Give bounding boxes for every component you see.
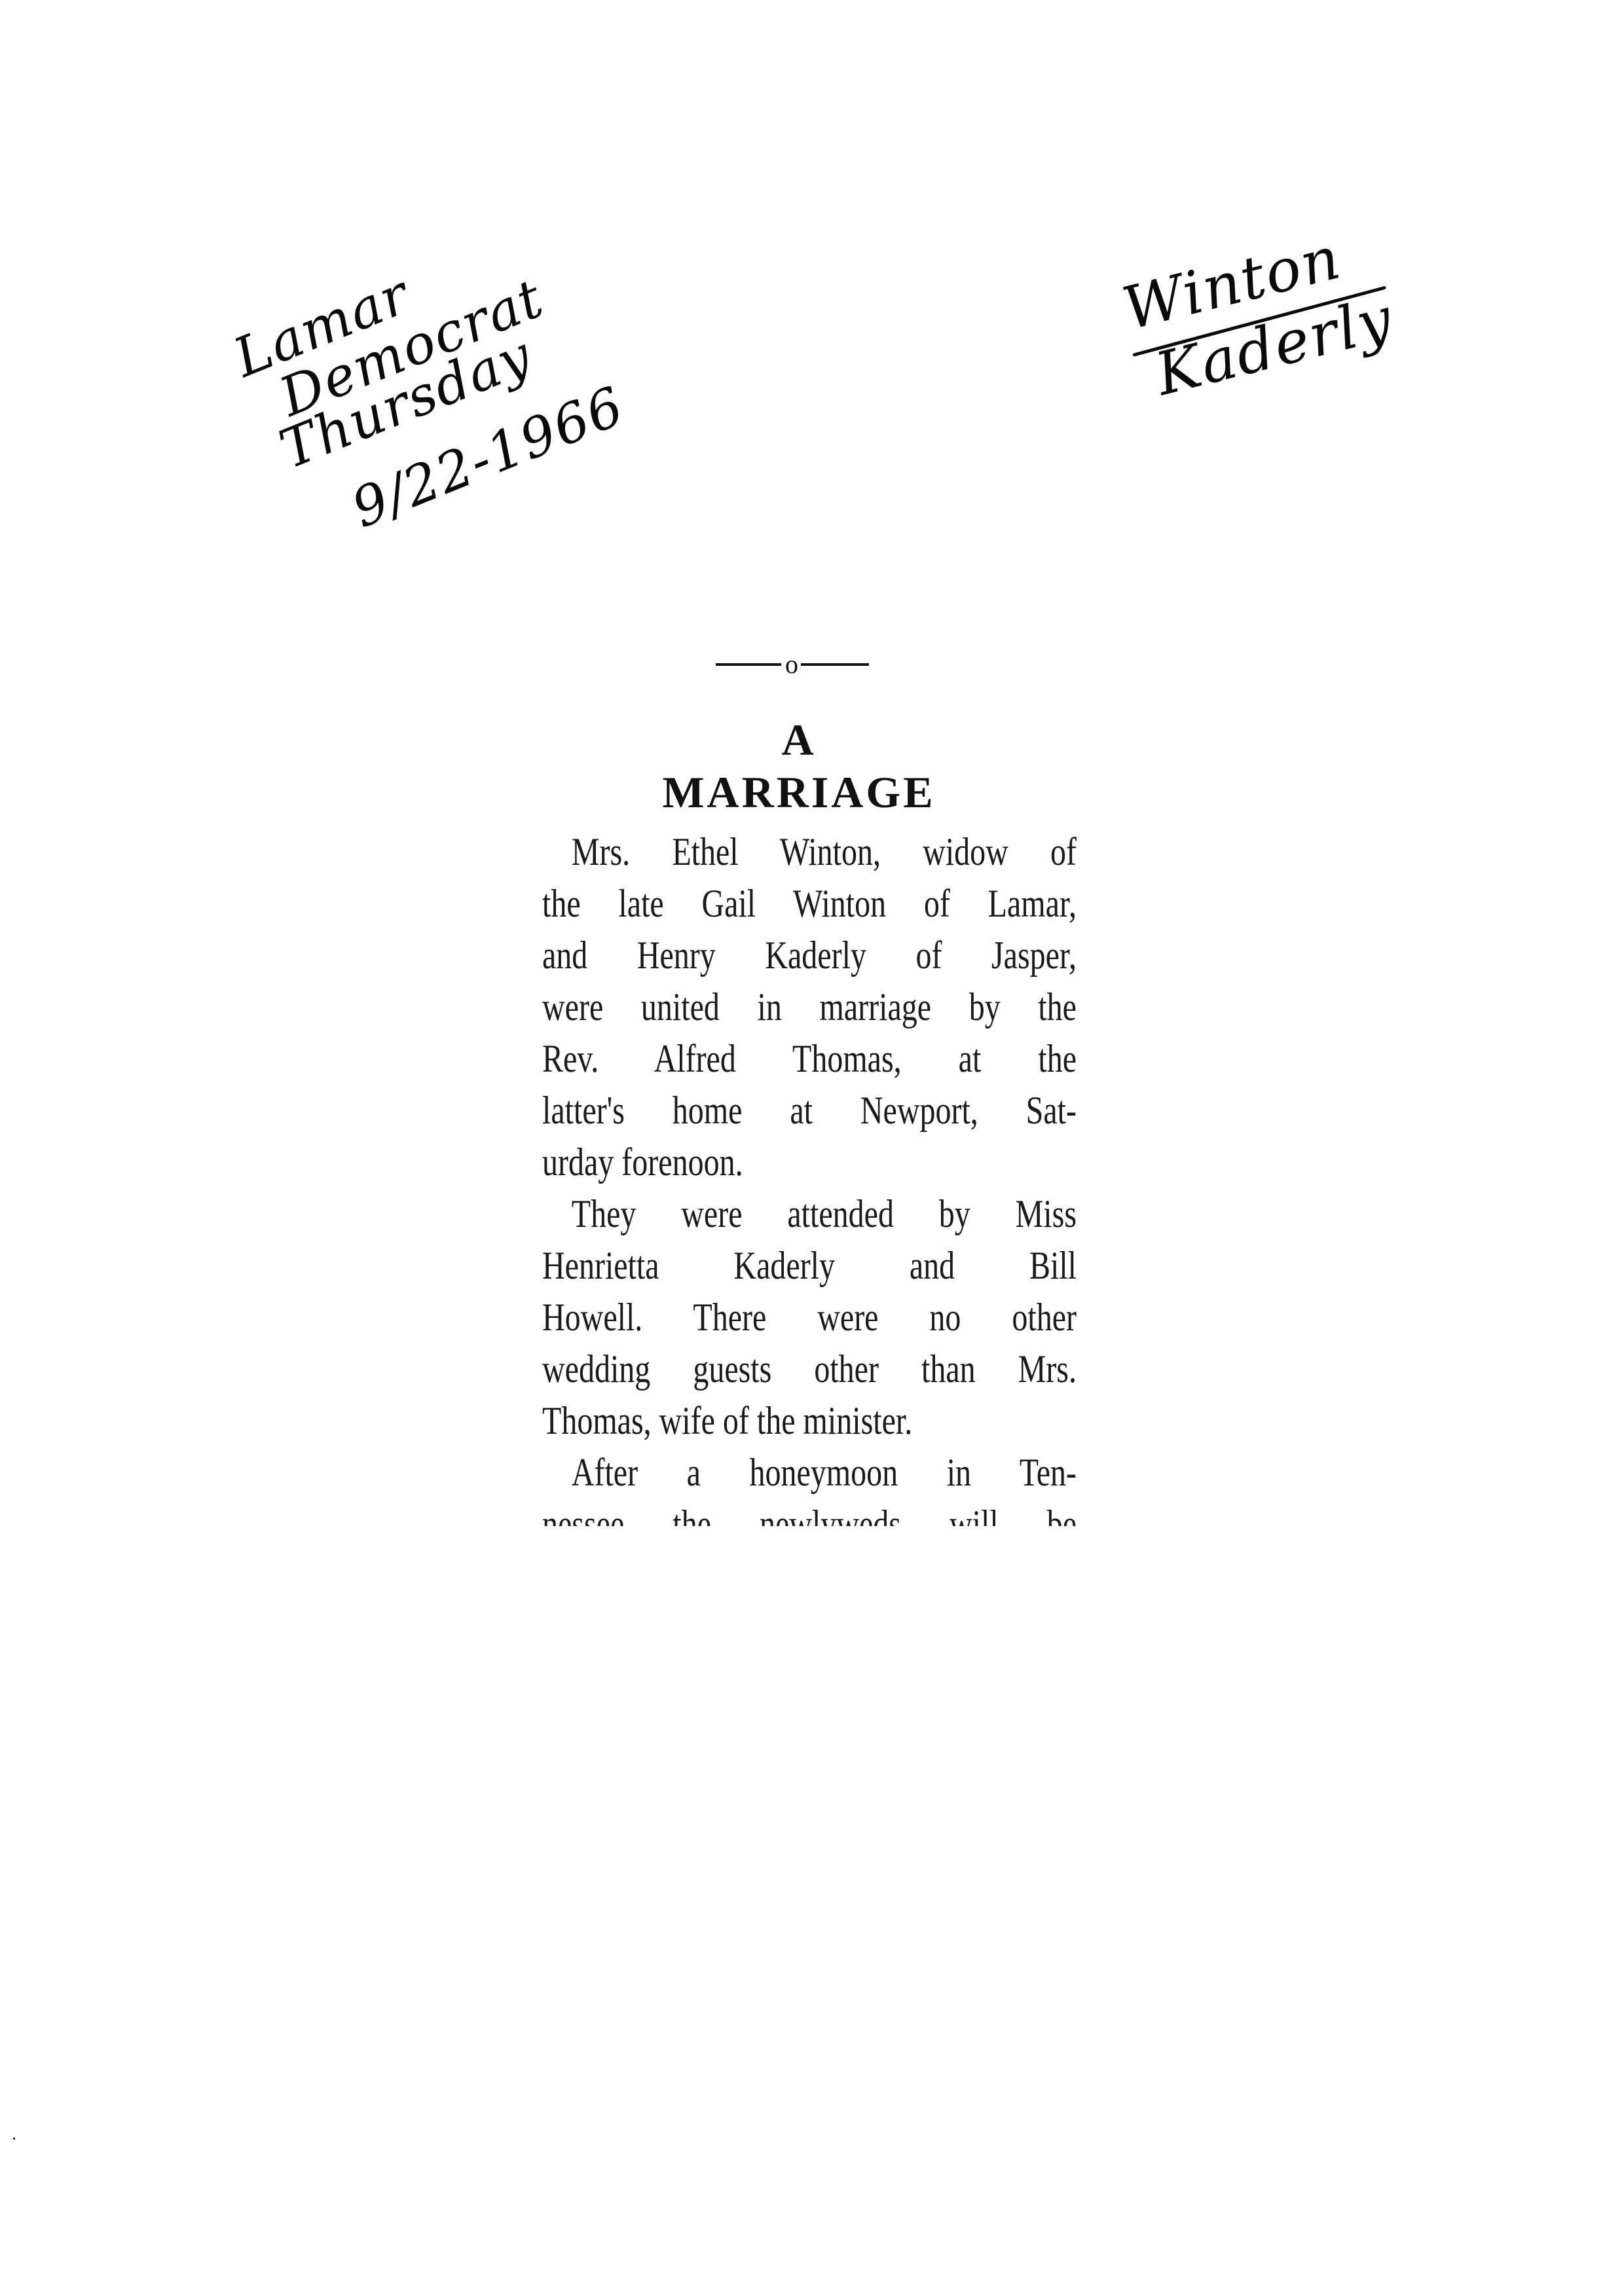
article-line: They were attended by Miss	[542, 1188, 1077, 1240]
article-line: Henrietta Kaderly and Bill	[542, 1240, 1077, 1292]
handwritten-source-note: Lamar Democrat Thursday 9/22-1966	[236, 288, 694, 550]
article-line: urday forenoon.	[542, 1137, 1077, 1188]
article-line: were united in marriage by the	[542, 981, 1077, 1033]
article-line: latter's home at Newport, Sat-	[542, 1085, 1077, 1137]
article-line: Mrs. Ethel Winton, widow of	[542, 826, 1077, 878]
article-line: nessee the newlyweds will be	[542, 1499, 1077, 1526]
article-line: Howell. There were no other	[542, 1292, 1077, 1343]
article-body: Mrs. Ethel Winton, widow ofthe late Gail…	[542, 826, 1076, 1526]
scan-speck	[13, 2138, 15, 2140]
divider-ornament: o	[784, 651, 800, 678]
divider-rule-right	[801, 663, 869, 666]
handwritten-surnames-note: Winton Kaderly	[1126, 236, 1441, 445]
article-line: Rev. Alfred Thomas, at the	[542, 1033, 1077, 1085]
article-line: After a honeymoon in Ten-	[542, 1447, 1077, 1499]
section-divider: o	[716, 651, 869, 678]
divider-rule-left	[716, 663, 781, 666]
article-line: and Henry Kaderly of Jasper,	[542, 930, 1077, 981]
article-line: Thomas, wife of the minister.	[542, 1395, 1077, 1447]
article-headline: A MARRIAGE	[655, 714, 943, 818]
article-line: wedding guests other than Mrs.	[542, 1343, 1077, 1395]
article-line: the late Gail Winton of Lamar,	[542, 878, 1077, 930]
